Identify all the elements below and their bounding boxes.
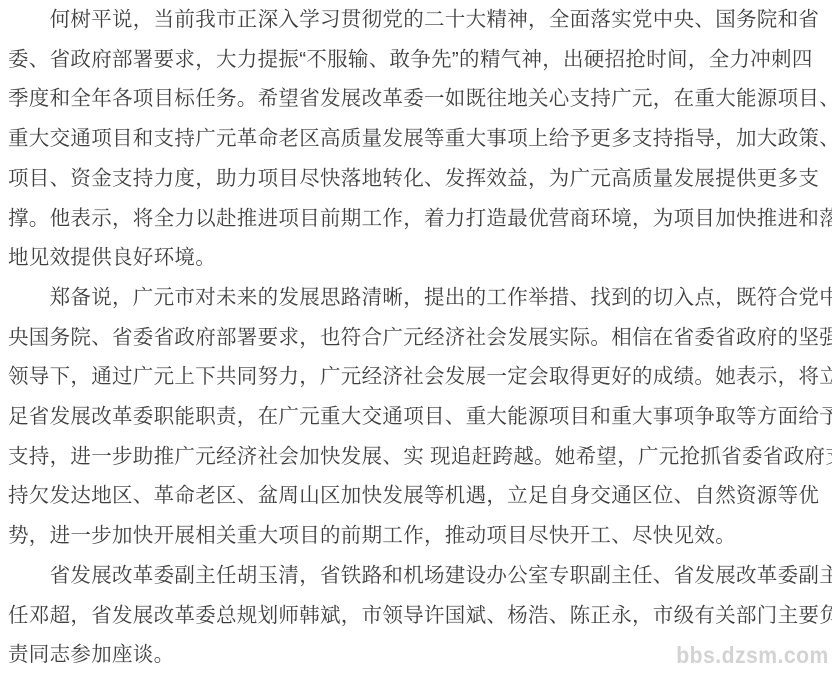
text-line: 省发展改革委副主任胡玉清，省铁路和机场建设办公室专职副主任、省发展改革委副主 xyxy=(8,556,824,596)
article-page: 何树平说，当前我市正深入学习贯彻党的二十大精神，全面落实党中央、国务院和省委、省… xyxy=(0,0,832,675)
text-line: 重大交通项目和支持广元革命老区高质量发展等重大事项上给予更多支持指导，加大政策、 xyxy=(8,119,824,159)
text-line: 委、省政府部署要求，大力提振“不服输、敢争先”的精气神，出硬招抢时间，全力冲刺四 xyxy=(8,40,824,80)
article-body: 何树平说，当前我市正深入学习贯彻党的二十大精神，全面落实党中央、国务院和省委、省… xyxy=(8,0,824,675)
paragraph: 郑备说，广元市对未来的发展思路清晰，提出的工作举措、找到的切入点，既符合党中央国… xyxy=(8,278,824,556)
text-line: 项目、资金支持力度，助力项目尽快落地转化、发挥效益，为广元高质量发展提供更多支 xyxy=(8,159,824,199)
watermark: bbs.dzsm.com xyxy=(676,642,829,669)
text-line: 撑。他表示，将全力以赴推进项目前期工作，着力打造最优营商环境，为项目加快推进和落 xyxy=(8,199,824,239)
text-line: 郑备说，广元市对未来的发展思路清晰，提出的工作举措、找到的切入点，既符合党中 xyxy=(8,278,824,318)
text-line: 地见效提供良好环境。 xyxy=(8,238,824,278)
paragraph: 何树平说，当前我市正深入学习贯彻党的二十大精神，全面落实党中央、国务院和省委、省… xyxy=(8,0,824,278)
text-line: 任邓超，省发展改革委总规划师韩斌，市领导许国斌、杨浩、陈正永，市级有关部门主要负 xyxy=(8,596,824,636)
text-line: 足省发展改革委职能职责，在广元重大交通项目、重大能源项目和重大事项争取等方面给予 xyxy=(8,397,824,437)
text-line: 支持，进一步助推广元经济社会加快发展、实 现追赶跨越。她希望，广元抢抓省委省政府… xyxy=(8,437,824,477)
text-line: 持欠发达地区、革命老区、盆周山区加快发展等机遇，立足自身交通区位、自然资源等优 xyxy=(8,476,824,516)
text-line: 季度和全年各项目标任务。希望省发展改革委一如既往地关心支持广元，在重大能源项目、 xyxy=(8,79,824,119)
text-line: 领导下，通过广元上下共同努力，广元经济社会发展一定会取得更好的成绩。她表示，将立 xyxy=(8,357,824,397)
text-line: 势，进一步加快开展相关重大项目的前期工作，推动项目尽快开工、尽快见效。 xyxy=(8,516,824,556)
text-line: 何树平说，当前我市正深入学习贯彻党的二十大精神，全面落实党中央、国务院和省 xyxy=(8,0,824,40)
text-line: 央国务院、省委省政府部署要求，也符合广元经济社会发展实际。相信在省委省政府的坚强 xyxy=(8,318,824,358)
